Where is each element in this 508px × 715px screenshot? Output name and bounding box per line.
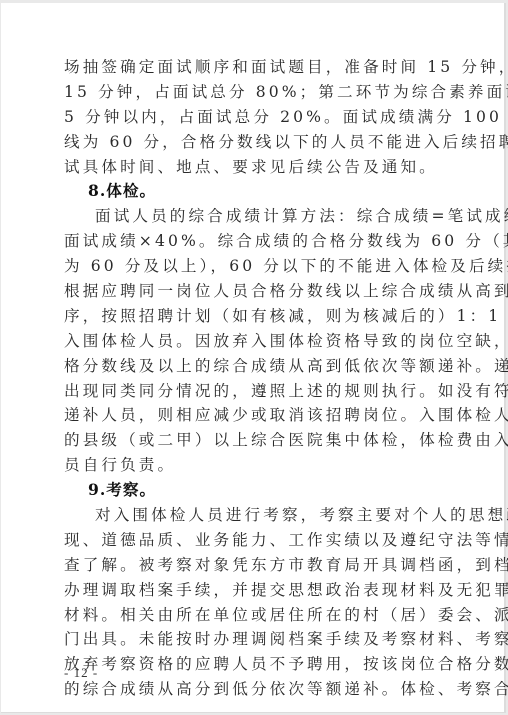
text-line: 查了解。被考察对象凭东方市教育局开具调档函，到档案所在地 (64, 553, 448, 578)
page-number: - 12 - (64, 665, 98, 681)
document-body: 场抽签确定面试顺序和面试题目，准备时间 15 分钟，课堂教学 15 分钟，占面试… (64, 55, 448, 702)
text-line: 出现同类同分情况的，遵照上述的规则执行。如没有符合条件的 (64, 379, 448, 404)
section-heading-physical-exam: 8.体检。 (64, 179, 448, 204)
section-heading-inspection: 9.考察。 (64, 478, 448, 503)
text-line: 的综合成绩从高分到低分依次等额递补。体检、考察合格的毕业 (64, 677, 448, 702)
text-line: 5 分钟以内，占面试总分 20%。面试成绩满分 100 分，合格分数 (64, 105, 448, 130)
text-line: 办理调取档案手续，并提交思想政治表现材料及无犯罪记录证明 (64, 578, 448, 603)
text-line: 根据应聘同一岗位人员合格分数线以上综合成绩从高到低的顺 (64, 279, 448, 304)
text-line: 递补人员，则相应减少或取消该招聘岗位。入围体检人员在指定 (64, 403, 448, 428)
text-line: 门出具。未能按时办理调阅档案手续及考察材料、考察不合格或 (64, 627, 448, 652)
document-page: 场抽签确定面试顺序和面试题目，准备时间 15 分钟，课堂教学 15 分钟，占面试… (1, 3, 506, 713)
paragraph-first-line: 面试人员的综合成绩计算方法：综合成绩=笔试成绩×60%+ (64, 204, 448, 229)
text-line: 入围体检人员。因放弃入围体检资格导致的岗位空缺，则按照合 (64, 329, 448, 354)
paragraph-first-line: 对入围体检人员进行考察，考察主要对个人的思想政治表 (64, 503, 448, 528)
text-line: 格分数线及以上的综合成绩从高到低依次等额递补。递补人员中 (64, 354, 448, 379)
text-line: 现、道德品质、业务能力、工作实绩以及遵纪守法等情况进行调 (64, 528, 448, 553)
text-line: 放弃考察资格的应聘人员不予聘用，按该岗位合格分数线及以上 (64, 652, 448, 677)
text-line: 材料。相关由所在单位或居住所在的村（居）委会、派出所等部 (64, 603, 448, 628)
text-line: 员自行负责。 (64, 453, 448, 478)
text-line: 场抽签确定面试顺序和面试题目，准备时间 15 分钟，课堂教学 (64, 55, 448, 80)
text-line: 试具体时间、地点、要求见后续公告及通知。 (64, 155, 448, 180)
text-line: 线为 60 分，合格分数线以下的人员不能进入后续招聘环节。面 (64, 130, 448, 155)
text-line: 面试成绩×40%。综合成绩的合格分数线为 60 分（其中面试成绩 (64, 229, 448, 254)
text-line: 的县级（或二甲）以上综合医院集中体检，体检费由入围体检人 (64, 428, 448, 453)
text-line: 序，按照招聘计划（如有核减，则为核减后的）1：1 的比例确定 (64, 304, 448, 329)
text-line: 15 分钟，占面试总分 80%；第二环节为综合素养面试环节，时间 (64, 80, 448, 105)
text-line: 为 60 分及以上），60 分以下的不能进入体检及后续招聘环节。 (64, 254, 448, 279)
